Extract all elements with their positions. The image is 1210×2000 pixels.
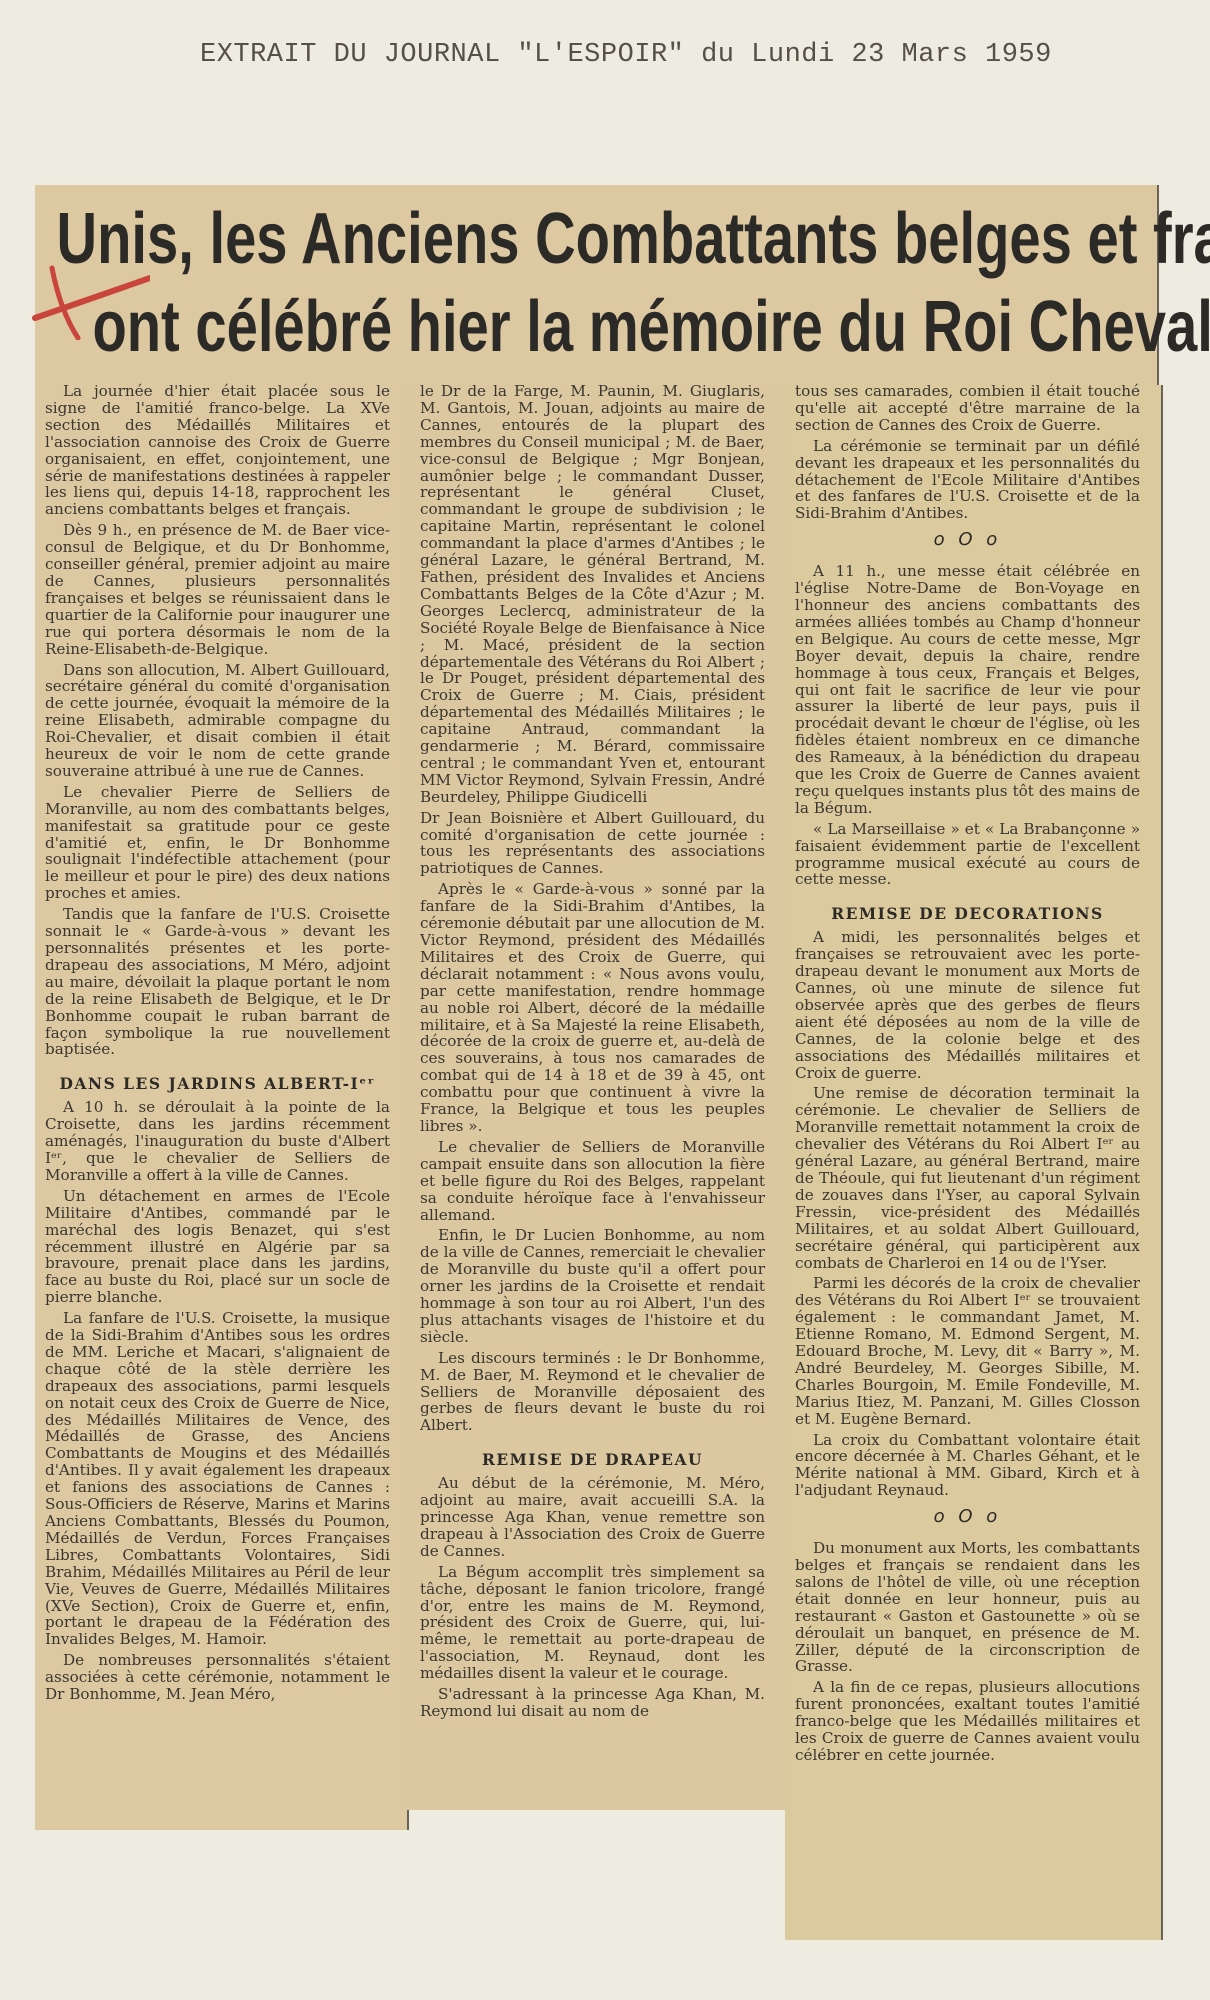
article-paragraph: Parmi les décorés de la croix de chevali… [795, 1275, 1140, 1427]
typed-source-line: EXTRAIT DU JOURNAL "L'ESPOIR" du Lundi 2… [200, 40, 1052, 70]
article-paragraph: Dès 9 h., en présence de M. de Baer vice… [45, 522, 390, 657]
article-paragraph: De nombreuses personnalités s'étaient as… [45, 1652, 390, 1703]
article-paragraph: La Bégum accomplit très simplement sa tâ… [420, 1564, 765, 1682]
headline-line-2: ont célébré hier la mémoire du Roi Cheva… [55, 283, 905, 371]
article-paragraph: tous ses camarades, combien il était tou… [795, 383, 1140, 434]
article-paragraph: Au début de la cérémonie, M. Méro, adjoi… [420, 1475, 765, 1560]
article-paragraph: Le chevalier de Selliers de Moranville c… [420, 1139, 765, 1224]
article-paragraph: Dr Jean Boisnière et Albert Guillouard, … [420, 810, 765, 878]
article-paragraph: La journée d'hier était placée sous le s… [45, 383, 390, 518]
section-heading: REMISE DE DRAPEAU [420, 1452, 765, 1469]
article-paragraph: Le chevalier Pierre de Selliers de Moran… [45, 784, 390, 902]
article-paragraph: Un détachement en armes de l'Ecole Milit… [45, 1188, 390, 1306]
article-paragraph: « La Marseillaise » et « La Brabançonne … [795, 821, 1140, 889]
article-column-1: La journée d'hier était placée sous le s… [45, 383, 390, 1707]
article-paragraph: A 10 h. se déroulait à la pointe de la C… [45, 1099, 390, 1184]
article-paragraph: Du monument aux Morts, les combattants b… [795, 1540, 1140, 1675]
section-separator: o O o [795, 532, 1140, 549]
article-paragraph: La fanfare de l'U.S. Croisette, la musiq… [45, 1310, 390, 1648]
red-cross-mark-icon [30, 240, 150, 340]
article-column-2: le Dr de la Farge, M. Paunin, M. Giuglar… [420, 383, 765, 1724]
section-heading: REMISE DE DECORATIONS [795, 906, 1140, 923]
article-paragraph: A la fin de ce repas, plusieurs allocuti… [795, 1679, 1140, 1764]
section-heading: DANS LES JARDINS ALBERT-Iᵉʳ [45, 1076, 390, 1093]
article-column-3: tous ses camarades, combien il était tou… [795, 383, 1140, 1768]
article-paragraph: Dans son allocution, M. Albert Guillouar… [45, 662, 390, 780]
article-paragraph: A midi, les personnalités belges et fran… [795, 929, 1140, 1081]
article-paragraph: Tandis que la fanfare de l'U.S. Croisett… [45, 906, 390, 1058]
article-paragraph: le Dr de la Farge, M. Paunin, M. Giuglar… [420, 383, 765, 806]
article-paragraph: La croix du Combattant volontaire était … [795, 1432, 1140, 1500]
section-separator: o O o [795, 1509, 1140, 1526]
article-paragraph: S'adressant à la princesse Aga Khan, M. … [420, 1686, 765, 1720]
article-paragraph: La cérémonie se terminait par un défilé … [795, 438, 1140, 523]
article-paragraph: Enfin, le Dr Lucien Bonhomme, au nom de … [420, 1227, 765, 1345]
article-paragraph: Les discours terminés : le Dr Bonhomme, … [420, 1350, 765, 1435]
headline-line-1: Unis, les Anciens Combattants belges et … [55, 195, 905, 283]
article-headline: Unis, les Anciens Combattants belges et … [55, 195, 1145, 371]
article-paragraph: Après le « Garde-à-vous » sonné par la f… [420, 881, 765, 1135]
article-paragraph: Une remise de décoration terminait la cé… [795, 1085, 1140, 1271]
article-paragraph: A 11 h., une messe était célébrée en l'é… [795, 563, 1140, 817]
